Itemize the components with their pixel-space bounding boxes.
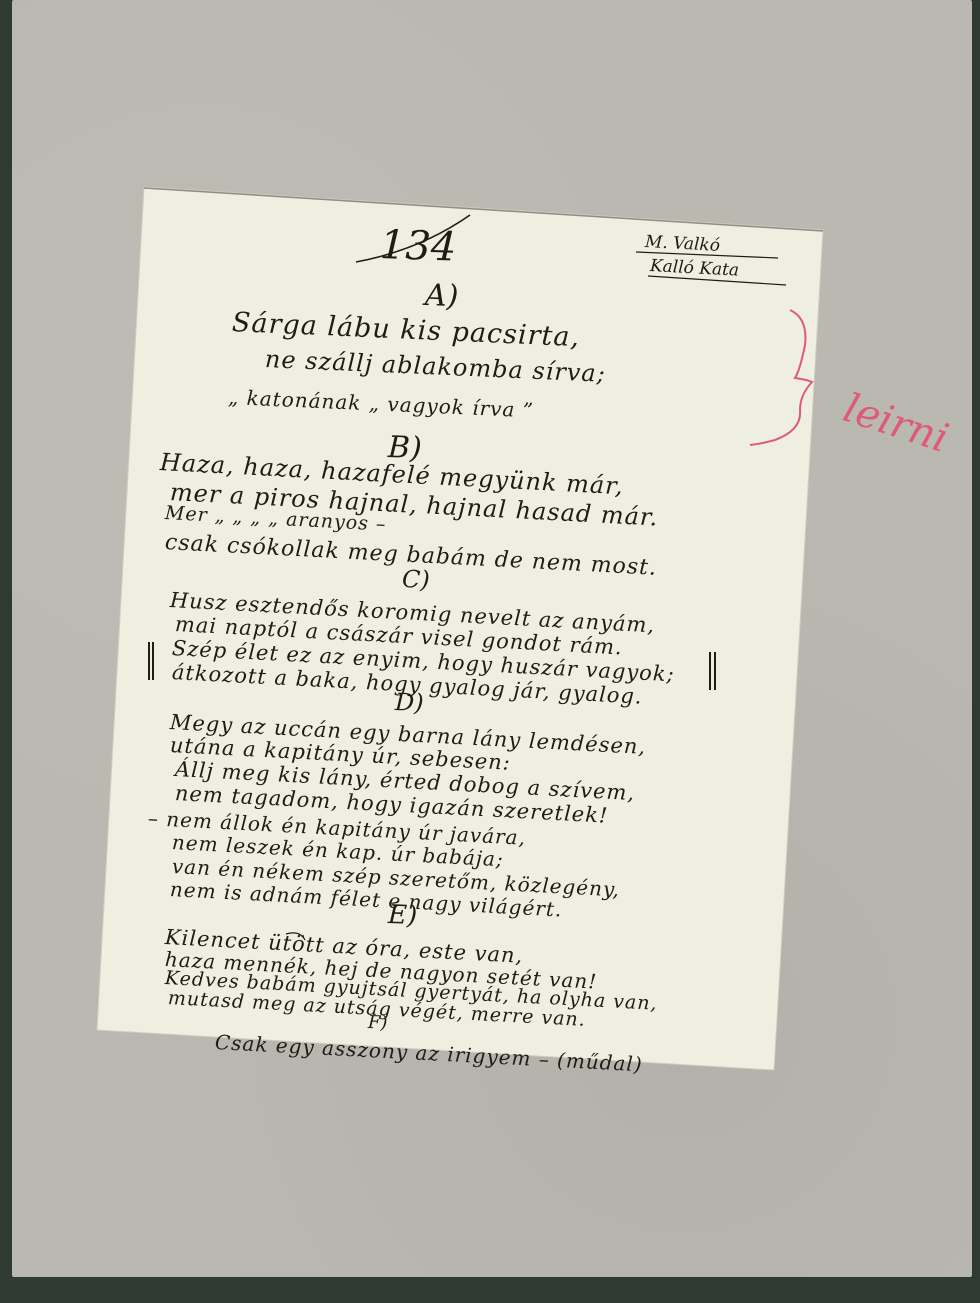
section-label-e: E) bbox=[387, 900, 417, 931]
section-label-c: C) bbox=[402, 565, 431, 594]
repeat-bar-left bbox=[148, 642, 150, 680]
section-label-d: D) bbox=[395, 688, 425, 717]
collection-place: M. Valkó bbox=[644, 232, 720, 256]
repeat-bar-left-2 bbox=[152, 642, 154, 680]
manuscript-sheet: 134 M. Valkó Kalló Kata leirni A) Sárga … bbox=[0, 0, 980, 1303]
repeat-bar-right-2 bbox=[714, 652, 716, 690]
repeat-bar-right bbox=[709, 652, 711, 690]
section-label-f: F) bbox=[368, 1012, 388, 1034]
section-label-a: A) bbox=[424, 278, 459, 314]
page-number: 134 bbox=[379, 222, 457, 271]
